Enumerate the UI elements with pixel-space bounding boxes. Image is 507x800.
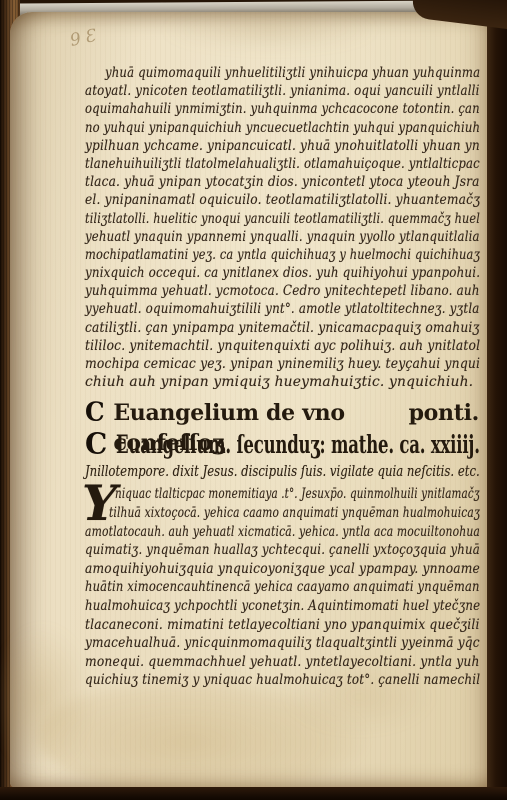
paper-stain	[0, 624, 92, 774]
text-line: quimatiʒ. ynquēman huallaʒ ychtecqui. ça…	[85, 541, 481, 560]
text-line: hualmohuicaʒ ychpochtli yconetʒin. Aquin…	[85, 597, 481, 616]
table-edge	[0, 787, 507, 800]
text-line: yyehuatl. oquimomahuiʒtilili ynt°. amotl…	[85, 300, 481, 318]
text-line: ynixquich occequi. ca ynitlanex dios. yu…	[85, 264, 481, 282]
gospel-heading-matthew: C Euangelium. ſecunduʒ: mathe. ca. xxiii…	[85, 427, 481, 461]
text-line: oquimahahuili ynmimiʒtin. yuhquinma ychc…	[85, 100, 481, 118]
text-line: no yuhqui ynipanquichiuh yncuecuetlachti…	[85, 119, 481, 137]
book-edge-right	[487, 0, 507, 800]
text-line: mochipa cemicac yeʒ. ynipan yninemiliʒ h…	[85, 355, 481, 373]
chapter-heading-confessor: C Euangelium de vno confeſſoʒ ponti.	[85, 397, 481, 427]
text-line: catiliʒtli. çan ynipampa ynitemačtil. yn…	[85, 319, 481, 337]
text-line: yehuatl ynaquin ypannemi ynqualli. ynaqu…	[85, 228, 481, 246]
text-block: yhuā quimomaquili ynhuelitiliʒtli ynihui…	[85, 64, 481, 690]
text-line: amotlatocauh. auh yehuatl xicmaticā. yeh…	[85, 523, 481, 542]
text-line: mochipatlamatini yeʒ. ca yntla quichihua…	[85, 246, 481, 264]
text-line: tiliʒtlatolli. huelitic ynoqui yancuili …	[85, 210, 481, 228]
text-line: amoquihiyohuiʒquia ynquicoyoniʒque ycal …	[85, 560, 481, 579]
text-line: el. ynipaninamatl oquicuilo. teotlamatil…	[85, 191, 481, 209]
latin-incipit: Jnillotempore. dixit Jesus. discipulis ſ…	[85, 463, 481, 482]
faint-folio-mark: 9Ɛ	[68, 25, 101, 51]
text-line: monequi. quemmachhuel yehuatl. yntetlaye…	[85, 653, 481, 672]
text-line: huātin ximocencauhtinencā yehica caayamo…	[85, 578, 481, 597]
text-line: ymacehualhuā. ynicquinmomaquiliʒ tlaqual…	[85, 634, 481, 653]
text-line: tililoc. ynitemachtil. ynquitenquixti ay…	[85, 337, 481, 355]
paper-stain	[38, 676, 368, 796]
text-line: yhuā quimomaquili ynhuelitiliʒtli ynihui…	[85, 64, 481, 82]
text-line: yuhquimma yehuatl. ycmotoca. Cedro ynite…	[85, 282, 481, 300]
manuscript-photo: 9Ɛ yhuā quimomaquili ynhuelitiliʒtli yni…	[0, 0, 507, 800]
capitulum-mark-icon: C	[85, 397, 104, 429]
heading-right-text: ponti.	[409, 398, 481, 428]
text-line: quichiuʒ tinemiʒ y yniquac hualmohuicaʒ …	[85, 671, 481, 690]
text-line: tlaca. yhuā ynipan ytocatʒin dios. ynico…	[85, 173, 481, 191]
text-line: tilhuā xixtoçocā. yehica caamo anquimati…	[85, 504, 481, 523]
manuscript-page: 9Ɛ yhuā quimomaquili ynhuelitiliʒtli yni…	[10, 12, 488, 788]
text-line: chiuh auh ynipan ymiquiʒ hueymahuiʒtic. …	[85, 373, 481, 391]
text-line: niquac tlalticpac monemitiaya .t°. Jesux…	[85, 485, 481, 504]
text-line: ypilhuan ychcame. ynipancuicatl. yhuā yn…	[85, 137, 481, 155]
paper-stain	[160, 10, 380, 50]
heading-text: Euangelium. ſecunduʒ: mathe. ca. xxiiij.	[116, 428, 480, 462]
paragraph-nahuatl-1: yhuā quimomaquili ynhuelitiliʒtli ynihui…	[85, 64, 481, 391]
text-line: tlanehuihuiliʒtli tlatolmelahualiʒtli. o…	[85, 155, 481, 173]
text-line: atoyatl. ynicoten teotlamatiliʒtli. ynia…	[85, 82, 481, 100]
capitulum-mark-icon: C	[85, 427, 107, 463]
text-line: tlacaneconi. mimatini tetlayecoltiani yn…	[85, 616, 481, 635]
paragraph-nahuatl-2: Y niquac tlalticpac monemitiaya .t°. Jes…	[85, 485, 481, 690]
